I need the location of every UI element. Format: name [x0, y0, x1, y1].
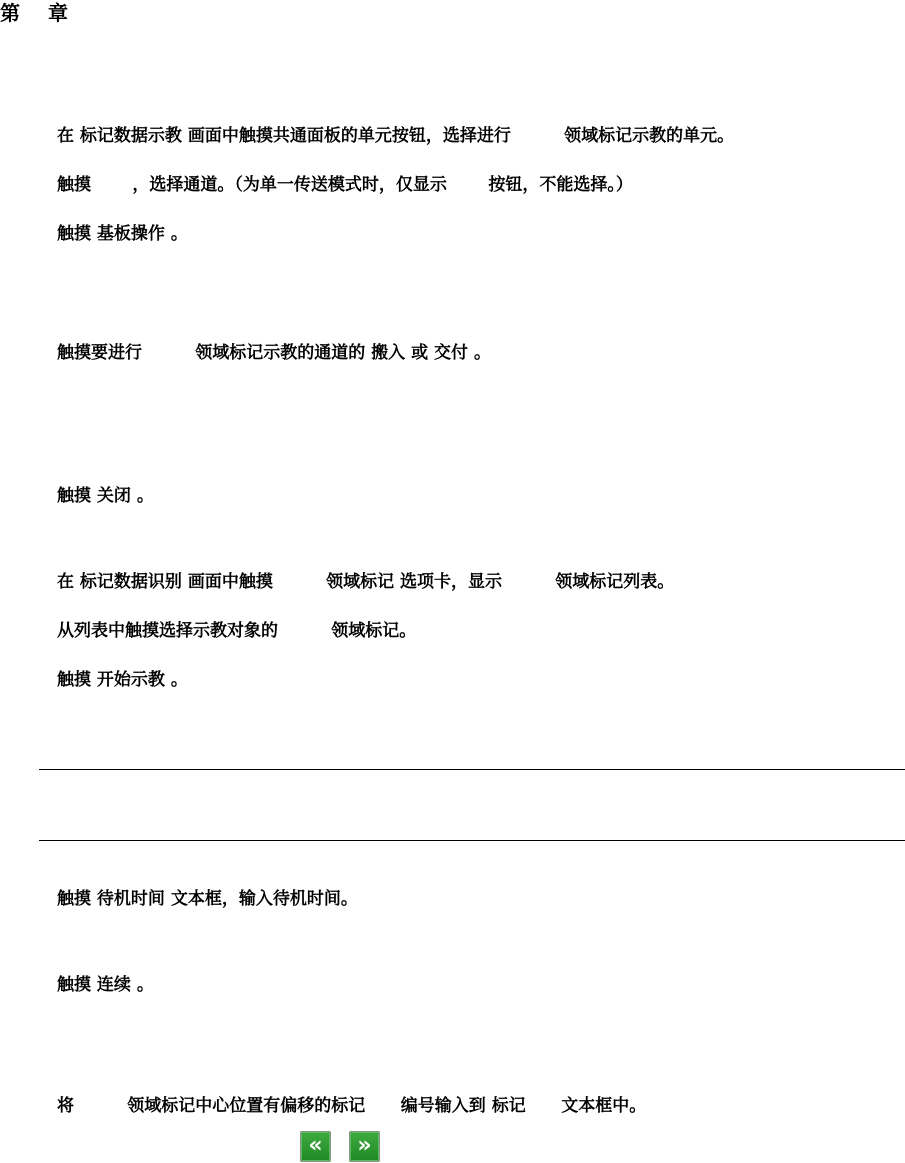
next-page-button[interactable]: » — [349, 1131, 380, 1162]
step-mark-tab: 在 标记数据识别 画面中触摸 领域标记 选项卡，显示 领域标记列表。 — [57, 570, 674, 594]
previous-page-button[interactable]: « — [300, 1131, 331, 1162]
step-start-teaching: 触摸 开始示教 。 — [57, 668, 188, 692]
step-board-operation: 触摸 基板操作 。 — [57, 222, 188, 246]
step-select-mark: 从列表中触摸选择示教对象的 领域标记。 — [57, 619, 416, 643]
double-chevron-left-icon: « — [308, 1133, 322, 1158]
chapter-heading: 第章 — [0, 0, 68, 26]
divider-top — [39, 769, 905, 770]
step-close: 触摸 关闭 。 — [57, 484, 154, 508]
step-wait-time: 触摸 待机时间 文本框，输入待机时间。 — [57, 887, 358, 911]
step-select-channel: 触摸 ，选择通道。（为单一传送模式时，仅显示 按钮，不能选择。） — [57, 173, 633, 197]
chapter-prefix: 第 — [0, 1, 20, 25]
step-load-or-deliver: 触摸要进行 领域标记示教的通道的 搬入 或 交付 。 — [57, 341, 491, 365]
step-enter-mark-number: 将 领域标记中心位置有偏移的标记 编号输入到 标记 文本框中。 — [57, 1094, 646, 1118]
divider-bottom — [39, 840, 905, 841]
step-select-unit: 在 标记数据示教 画面中触摸共通面板的单元按钮，选择进行 领域标记示教的单元。 — [57, 124, 734, 148]
step-continue: 触摸 连续 。 — [57, 973, 154, 997]
chapter-suffix: 章 — [48, 1, 68, 25]
double-chevron-right-icon: » — [357, 1133, 371, 1158]
